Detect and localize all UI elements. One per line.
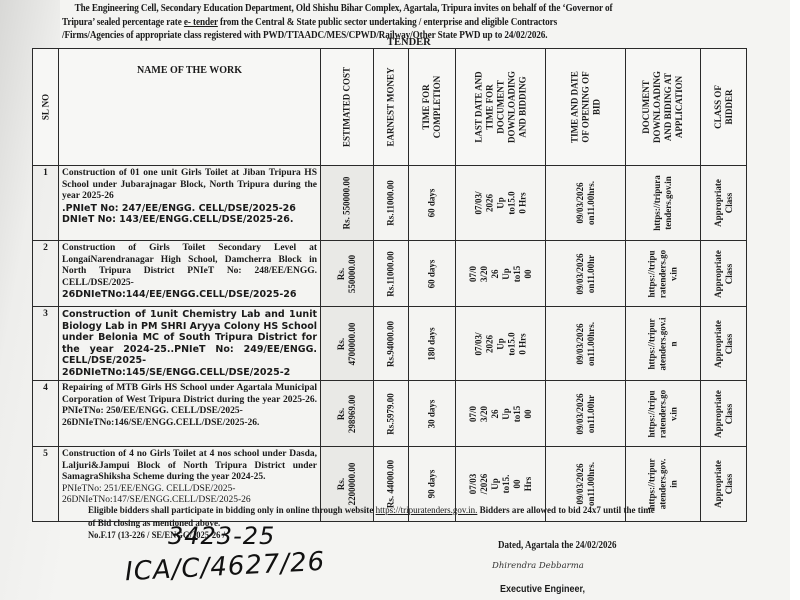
bidder-class: Appropriate Class: [701, 447, 747, 522]
work-reference: 26DNIeTNo:145/SE/ENGG.CELL/DSE/2025-2: [62, 367, 317, 379]
header-name-of-work: NAME OF THE WORK: [59, 49, 321, 166]
sl-no: 4: [33, 381, 59, 447]
opening-date: 09/03/2026 on11.00hr: [546, 241, 626, 307]
bidder-class: Appropriate Class: [701, 166, 747, 241]
signature: Dhirendra Debbarma: [492, 561, 584, 571]
header-sl-no: SL NO: [33, 49, 59, 166]
work-description: Construction of 01 one unit Girls Toilet…: [59, 166, 321, 241]
opening-date: 09/03/2026 on11.00hr: [546, 381, 626, 447]
header-time-for-completion: TIME FOR COMPLETION: [409, 49, 456, 166]
earnest-money: Rs.11000.00: [374, 241, 409, 307]
header-class-of-bidder: CLASS OF BIDDER: [701, 49, 747, 166]
header-row: SL NO NAME OF THE WORK ESTIMATED COST EA…: [33, 49, 747, 166]
last-date: 07/03/ 2026 Up to15.0 0 Hrs: [456, 166, 546, 241]
handwritten-number: 3423-25: [168, 522, 275, 550]
earnest-money: Rs.11000.00: [374, 166, 409, 241]
opening-date: 09/03/2026 on11.00hrs.: [546, 307, 626, 381]
intro-line-2-pre: Tripura’ sealed percentage rate: [62, 17, 184, 28]
header-earnest-money: EARNEST MONEY: [374, 49, 409, 166]
handwritten-reference: ICA/C/4627/26: [124, 547, 326, 587]
intro-line-3: /Firms/Agencies of appropriate class reg…: [62, 29, 683, 43]
bidder-class: Appropriate Class: [701, 381, 747, 447]
work-reference: .PNIeT No: 247/EE/ENGG. CELL/DSE/2025-26…: [62, 203, 317, 226]
opening-date: 09/03/2026 on11.00hrs.: [546, 166, 626, 241]
completion-time: 180 days: [409, 307, 456, 381]
tender-website-link[interactable]: https://tripuratenders.gov.in.: [376, 505, 478, 516]
header-estimated-cost: ESTIMATED COST: [321, 49, 374, 166]
tender-portal-link[interactable]: https://tripu ratenders.go v.in: [626, 241, 701, 307]
page-edge: [790, 0, 800, 600]
last-date: 07/0 3/20 26 Up to15 00: [456, 241, 546, 307]
earnest-money: Rs.5979.00: [374, 381, 409, 447]
last-date: 07/0 3/20 26 Up to15 00: [456, 381, 546, 447]
work-reference: 26DNIeTNo:146/SE/ENGG.CELL/DSE/2025-26.: [62, 418, 317, 430]
completion-time: 60 days: [409, 241, 456, 307]
sl-no: 1: [33, 166, 59, 241]
sl-no: 2: [33, 241, 59, 307]
sl-no: 3: [33, 307, 59, 381]
dated-line: Dated, Agartala the 24/02/2026: [498, 540, 616, 551]
work-reference: 26DNIeTNo:144/EE/ENGG.CELL/DSE/2025-26: [62, 289, 317, 301]
designation: Executive Engineer,: [500, 584, 585, 595]
work-description: Repairing of MTB Girls HS School under A…: [59, 381, 321, 447]
completion-time: 60 days: [409, 166, 456, 241]
tender-table: SL NO NAME OF THE WORK ESTIMATED COST EA…: [32, 48, 747, 522]
header-opening-date: TIME AND DATE OF OPENING OF BID: [546, 49, 626, 166]
completion-time: 30 days: [409, 381, 456, 447]
tender-portal-link[interactable]: https://tripur atenders.gov.i n: [626, 307, 701, 381]
sl-no: 5: [33, 447, 59, 522]
work-description: Construction of Girls Toilet Secondary L…: [59, 241, 321, 307]
work-description: Construction of 1unit Chemistry Lab and …: [59, 307, 321, 381]
estimated-cost: Rs. 298969.00: [321, 381, 374, 447]
estimated-cost: Rs. 4700000.00: [321, 307, 374, 381]
earnest-money: Rs.94000.00: [374, 307, 409, 381]
intro-paragraph: The Engineering Cell, Secondary Educatio…: [62, 2, 683, 43]
tender-portal-link[interactable]: https://tripu ratenders.go v.in: [626, 381, 701, 447]
intro-line-1: The Engineering Cell, Secondary Educatio…: [75, 3, 613, 14]
last-date: 07/03/ 2026 Up to15.0 0 Hrs: [456, 307, 546, 381]
e-tender-term: e- tender: [184, 17, 218, 28]
header-document-downloading: DOCUMENT DOWNLOADING AND BIDING AT APPLI…: [626, 49, 701, 166]
estimated-cost: Rs. 550000.00: [321, 166, 374, 241]
table-row: 2 Construction of Girls Toilet Secondary…: [33, 241, 747, 307]
table-row: 4 Repairing of MTB Girls HS School under…: [33, 381, 747, 447]
bidder-class: Appropriate Class: [701, 241, 747, 307]
intro-line-2-post: from the Central & State public sector u…: [218, 17, 557, 28]
estimated-cost: Rs. 550000.00: [321, 241, 374, 307]
tender-title: TENDER: [387, 37, 431, 48]
header-last-date: LAST DATE AND TIME FOR DOCUMENT DOWNLOAD…: [456, 49, 546, 166]
table-row: 1 Construction of 01 one unit Girls Toil…: [33, 166, 747, 241]
tender-portal-link[interactable]: https://tripura tenders.gov.in: [626, 166, 701, 241]
table-row: 3 Construction of 1unit Chemistry Lab an…: [33, 307, 747, 381]
bidder-class: Appropriate Class: [701, 307, 747, 381]
